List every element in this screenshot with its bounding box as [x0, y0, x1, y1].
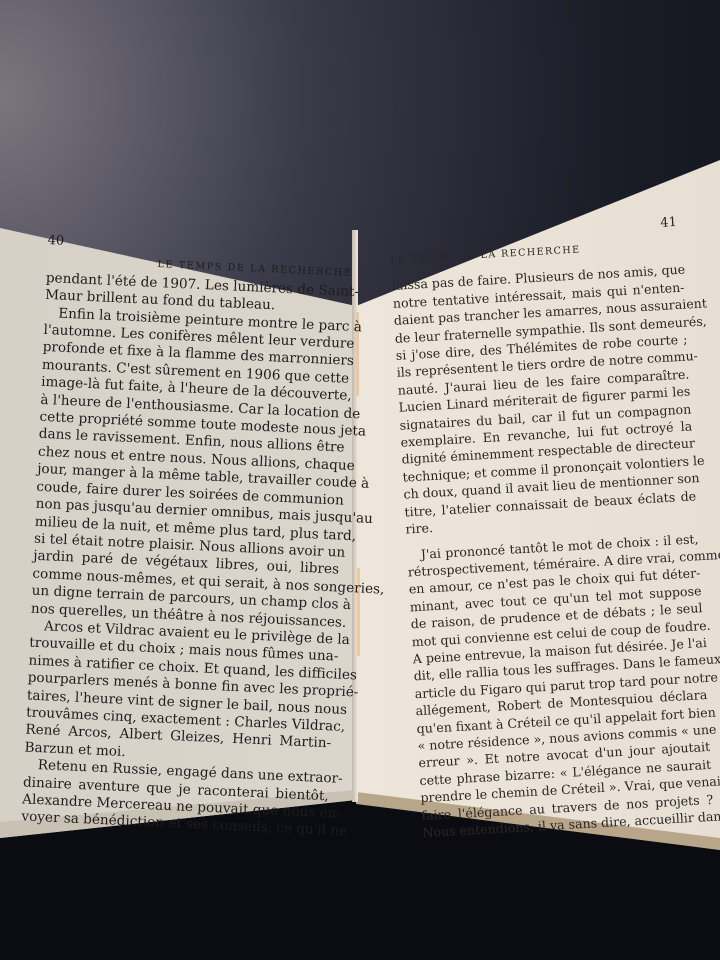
page-number-right: 41: [660, 214, 677, 232]
right-page-text: 41 LE TEMPS DE LA RECHERCHE laissa pas d…: [390, 236, 715, 842]
left-page-text: 40 LE TEMPS DE LA RECHERCHE pendant l'ét…: [21, 232, 354, 840]
